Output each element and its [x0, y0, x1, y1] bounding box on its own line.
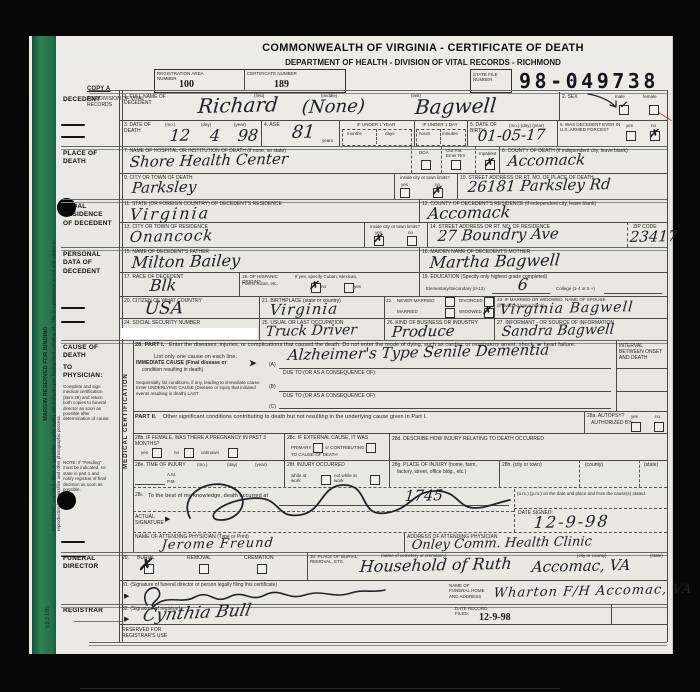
describe-injury-label: 28d. DESCRIBE HOW INJURY RELATING TO DEA… [392, 436, 662, 442]
part2-instructions: Other significant conditions contributin… [163, 414, 578, 421]
removal-checkbox [199, 564, 209, 574]
rule [419, 272, 420, 296]
age-unit: years [322, 138, 333, 143]
father-value: Milton Bailey [131, 251, 241, 272]
place-of-burial-label: 30. PLACE OF BURIAL, REMOVAL, ETC. [310, 554, 366, 565]
rule [239, 272, 240, 296]
pregnancy-no-label: no [174, 450, 179, 455]
rule [475, 146, 476, 173]
rule [579, 460, 580, 487]
widowed-checkmark: ✗ [482, 304, 491, 317]
autopsy-yes-checkbox [631, 422, 641, 432]
section-to-physician: TO PHYSICIAN: [63, 364, 113, 381]
section-usual-residence: USUAL RESIDENCE OF DECEDENT [63, 203, 113, 228]
rule [133, 460, 667, 461]
months-label: months [347, 131, 362, 136]
hispanic-hint-2: Puerto Rican, etc. [242, 281, 290, 286]
name-middle-value: (None) [301, 96, 366, 118]
occupation-value: Truck Driver [265, 322, 358, 340]
rule [119, 120, 667, 121]
date-signed-value: 12-9-98 [533, 511, 610, 532]
section-funeral-director: FUNERAL DIRECTOR [63, 555, 109, 572]
age-value: 81 [291, 122, 316, 143]
line-a-label: (A) [269, 362, 276, 368]
due-to-b-label: DUE TO (OR AS A CONSEQUENCE OF): [283, 393, 376, 399]
form-code: VS 2 1/89 [45, 588, 51, 628]
rule [307, 552, 308, 580]
rule [119, 90, 120, 642]
rule [616, 391, 667, 392]
cremation-label: CREMATION [244, 555, 274, 561]
death-year-value: 98 [237, 126, 259, 145]
sex-female-label: female [643, 94, 657, 99]
pregnancy-yes-label: yes [141, 450, 148, 455]
rule [627, 222, 628, 247]
injury-county-label: (county) [585, 462, 603, 468]
autopsy-no-label: no [655, 414, 660, 419]
immediate-cause-label: IMMEDIATE CAUSE (Final disease or [136, 360, 227, 366]
full-name-label: 1. FULL NAME OF DECEDENT [124, 94, 168, 106]
rule [74, 621, 122, 622]
funeral-home-value: Wharton F/H Accomac, VA [493, 582, 693, 601]
registration-mark [61, 124, 85, 126]
page-title: COMMONWEALTH OF VIRGINIA - CERTIFICATE O… [179, 42, 667, 54]
never-married-label: NEVER MARRIED [397, 298, 435, 303]
spouse-value: Virginia Bagwell [499, 299, 634, 318]
zip-value: 23417 [629, 227, 678, 246]
registration-area-value: 100 [179, 79, 194, 90]
important-note: IMPORTANT: Use black ribbon in typewrite… [51, 231, 62, 531]
autopsy-authorized-label: AUTHORIZED BY: [591, 420, 633, 426]
divorced-label: DIVORCED [459, 298, 483, 303]
armed-forces-yes-checkbox [626, 131, 636, 141]
actual-signature-label-2: SIGNATURE [135, 520, 164, 526]
interval-label: INTERVAL BETWEEN ONSET AND DEATH [619, 343, 663, 361]
county-of-death-value: Accomack [507, 150, 586, 170]
residence-county-value: Accomack [427, 202, 511, 223]
due-to-a-label: DUE TO (OR AS A CONSEQUENCE OF): [283, 370, 376, 376]
rule [133, 433, 667, 434]
days-label: days [385, 131, 395, 136]
disposition-number: 29. [122, 555, 129, 561]
physician-note-2: NOTE: If "Pending" must be indicated, so… [63, 460, 111, 492]
rule [133, 411, 667, 412]
name-last-value: Bagwell [414, 93, 497, 119]
hispanic-yes-label: yes [354, 284, 361, 289]
physician-address-value: Onley Comm. Health Clinic [411, 534, 592, 553]
name-first-value: Richard [197, 92, 279, 118]
sequential-label: Sequentially list conditions, if any, le… [136, 380, 268, 396]
armed-forces-no-checkmark: ✗ [649, 127, 658, 140]
marital-number: 22. [386, 298, 392, 303]
immediate-cause-label-2: condition resulting in death) [142, 367, 203, 373]
registration-mark [61, 321, 85, 323]
sex-label: 2. SEX [562, 94, 578, 100]
contributing-label: or CONTRIBUTING [325, 445, 365, 450]
residence-limits-no-label: no [408, 230, 413, 235]
education-label: 19. EDUCATION (Specify only highest grad… [422, 274, 652, 280]
section-cause-of-death: CAUSE OF DEATH [63, 344, 113, 361]
physician-note-1: Complete and sign medical certification … [63, 384, 111, 422]
under-1-year-label: IF UNDER 1 YEAR [342, 122, 410, 127]
rule [411, 146, 412, 173]
sex-female-checkbox [649, 105, 659, 115]
rule [244, 69, 245, 91]
rule [604, 293, 662, 294]
rule [559, 92, 560, 120]
death-limits-no-checkmark: ✗ [432, 184, 441, 197]
certificate-number-value: 189 [274, 79, 289, 90]
date-of-death-label: 3. DATE OF DEATH [124, 122, 162, 134]
physician-signature [174, 473, 514, 531]
line-c-label: (C) [269, 404, 276, 410]
rule [441, 146, 442, 173]
registration-mark [61, 307, 85, 309]
rule [616, 368, 667, 369]
pregnancy-unknown-checkbox [228, 448, 238, 458]
rule [419, 199, 420, 222]
rule [133, 532, 667, 533]
elementary-value: 6 [517, 275, 529, 294]
attestation-suffix: (a.m.) (p.m.) on the date and place and … [517, 491, 665, 496]
widowed-label: WIDOWED [459, 309, 482, 314]
pregnancy-no-checkbox [184, 448, 194, 458]
rule [119, 624, 667, 625]
outpatient-label: Out Pat. Emer Rm [446, 148, 472, 159]
cremation-checkbox [257, 564, 267, 574]
external-cause-label: 28c. IF EXTERNAL CAUSE, IT WAS [287, 435, 382, 441]
pregnancy-label: 28b. IF FEMALE, WAS THERE A PREGNANCY IN… [135, 435, 270, 447]
rule [457, 173, 458, 199]
minutes-label: minutes [442, 131, 458, 136]
rule [376, 129, 377, 144]
sex-arrow-mark [585, 92, 619, 110]
residence-city-value: Onancock [129, 226, 214, 246]
rule [279, 408, 611, 409]
rule [279, 391, 611, 392]
inpatient-checkmark: ✗ [484, 156, 493, 169]
section-decedent: DECEDENT [63, 96, 100, 104]
to-cause-label: TO CAUSE OF DEATH [291, 452, 338, 457]
burial-state-hint: (state) [650, 553, 663, 558]
autopsy-yes-label: yes [631, 414, 638, 419]
mother-value: Martha Bagwell [429, 250, 561, 272]
rule [261, 120, 262, 146]
arrow-right-icon: ➤ [249, 358, 257, 369]
married-label: MARRIED [397, 309, 418, 314]
city-of-death-value: Parksley [131, 178, 197, 197]
injury-city-label: 28h. (city or town) [502, 462, 542, 468]
residence-limits-label: inside city or town limits? [365, 224, 425, 229]
ssn-whiteout [121, 328, 257, 339]
ssn-label: 24. SOCIAL SECURITY NUMBER [124, 320, 200, 326]
injury-day-hint: (day) [227, 462, 237, 467]
state-file-label: STATE FILE NUMBER [473, 72, 507, 83]
binding-margin-note: MARGIN RESERVED FOR BINDING [43, 286, 50, 461]
rule [119, 318, 667, 319]
informant-value: Sandra Bagwell [501, 322, 615, 340]
registration-mark [61, 541, 85, 543]
pointer-icon: ▶ [165, 515, 170, 523]
college-label: College (1-4 or 5 +) [556, 286, 595, 291]
autopsy-label: 28a. AUTOPSY? [587, 413, 624, 419]
date-of-birth-value: 01-05-17 [477, 126, 546, 145]
rule [414, 120, 415, 146]
medical-certification-label: MEDICAL CERTIFICATION [123, 341, 129, 501]
under-1-day-label: IF UNDER 1 DAY [416, 122, 464, 127]
residence-state-value: Virginia [129, 203, 211, 224]
rule [119, 580, 667, 581]
primary-label: PRIMARY [291, 445, 311, 450]
elementary-label: Elementary/Secondary (0-12) [426, 286, 485, 291]
hospital-value: Shore Health Center [129, 150, 289, 171]
burial-checkmark: ✗ [138, 555, 151, 574]
place-of-burial-value: Household of Ruth [359, 554, 513, 576]
residence-limits-yes-checkmark: ✗ [373, 232, 382, 245]
armed-forces-yes-label: yes [626, 123, 633, 128]
removal-label: REMOVAL [187, 555, 211, 561]
doa-checkbox [421, 160, 431, 170]
rule [259, 296, 260, 340]
injury-occurred-label: 28f. INJURY OCCURRED [287, 462, 345, 468]
injury-year-hint: (year) [255, 462, 267, 467]
rule [135, 484, 165, 485]
physician-name-value: Jerome Freund [161, 536, 275, 553]
injury-state-label: (state) [644, 462, 658, 468]
autopsy-no-checkbox [654, 422, 664, 432]
place-of-injury-label: 28g. PLACE OF INJURY (home, farm, [392, 462, 477, 468]
rule [119, 272, 667, 273]
certificate-number-label: CERTIFICATE NUMBER [247, 71, 307, 76]
outpatient-checkbox [451, 160, 461, 170]
rule [404, 532, 405, 552]
business-value: Produce [391, 322, 455, 341]
rule [494, 296, 495, 340]
rule [89, 90, 667, 94]
scan-background: { "colors":{"background":"#070707","pape… [0, 0, 700, 692]
rule [339, 120, 340, 146]
section-registrar: REGISTRAR [63, 607, 103, 615]
rule [440, 129, 441, 144]
rule [419, 247, 420, 272]
line-b-label: (B) [269, 384, 276, 390]
death-month-value: 12 [169, 126, 191, 145]
rule [279, 368, 611, 369]
pointer-icon: ▶ [124, 592, 129, 600]
rule [499, 146, 500, 173]
hispanic-no-label: no [321, 284, 326, 289]
rule [616, 340, 617, 411]
pointer-icon: ▶ [124, 615, 129, 623]
rule [89, 642, 667, 646]
doa-label: DOA [419, 150, 429, 155]
injury-mo-hint: (mo.) [197, 462, 208, 467]
rule [584, 411, 585, 433]
age-label: 4. AGE [264, 122, 280, 128]
rule [557, 120, 558, 146]
sex-male-checkmark: ✓ [619, 100, 627, 111]
rule [667, 90, 668, 642]
death-limits-label: inside city or town limits? [395, 175, 455, 180]
rule [639, 460, 640, 487]
birthplace-value: Virginia [269, 300, 339, 319]
page-subtitle: DEPARTMENT OF HEALTH - DIVISION OF VITAL… [179, 58, 667, 67]
registration-mark [61, 136, 85, 138]
scan-artifact-line [80, 688, 560, 689]
contributing-checkbox [366, 443, 376, 453]
rule [611, 604, 612, 624]
pregnancy-yes-checkbox [152, 448, 162, 458]
hours-label: hours [419, 131, 430, 136]
rule [514, 508, 667, 509]
hispanic-no-checkmark: ✗ [309, 279, 318, 292]
attestation-number: 28i. [135, 492, 143, 498]
death-limits-yes-label: yes [401, 182, 408, 187]
time-of-injury-label: 28e. TIME OF INJURY [135, 462, 186, 468]
reserved-label: RESERVED FOR REGISTRAR'S USE [122, 627, 186, 639]
rule [384, 296, 385, 340]
date-filed-value: 12-9-98 [479, 612, 511, 623]
death-street-value: 26181 Parksley Rd [467, 175, 611, 196]
pregnancy-unknown-label: unknown [201, 450, 219, 455]
section-personal-data: PERSONAL DATA OF DECEDENT [63, 251, 113, 276]
section-place-of-death: PLACE OF DEATH [63, 150, 109, 167]
never-married-checkbox [445, 297, 455, 307]
certificate-page: MARGIN RESERVED FOR BINDING IMPORTANT: U… [29, 36, 673, 654]
rule [427, 222, 428, 247]
citizen-value: USA [144, 298, 184, 319]
rule [467, 120, 468, 146]
rule [133, 340, 134, 552]
hispanic-yes-checkbox [344, 283, 354, 293]
burial-city-value: Accomac, VA [531, 556, 631, 576]
rule [514, 489, 515, 532]
part2-number: PART II. [135, 414, 156, 421]
residence-limits-no-checkbox [407, 236, 417, 246]
armed-forces-label: 6. WAS DECEDENT EVER IN U.S. ARMED FORCE… [560, 122, 622, 133]
residence-street-value: 27 Boundry Ave [437, 224, 560, 245]
married-checkbox [445, 308, 455, 318]
death-limits-yes-checkbox [400, 188, 410, 198]
rule [119, 173, 667, 174]
funeral-home-label: NAME OF FUNERAL HOME AND ADDRESS [449, 583, 491, 599]
race-value: Blk [149, 275, 177, 295]
death-day-value: 4 [209, 126, 221, 145]
part1-number: 28. PART I. [135, 342, 164, 349]
